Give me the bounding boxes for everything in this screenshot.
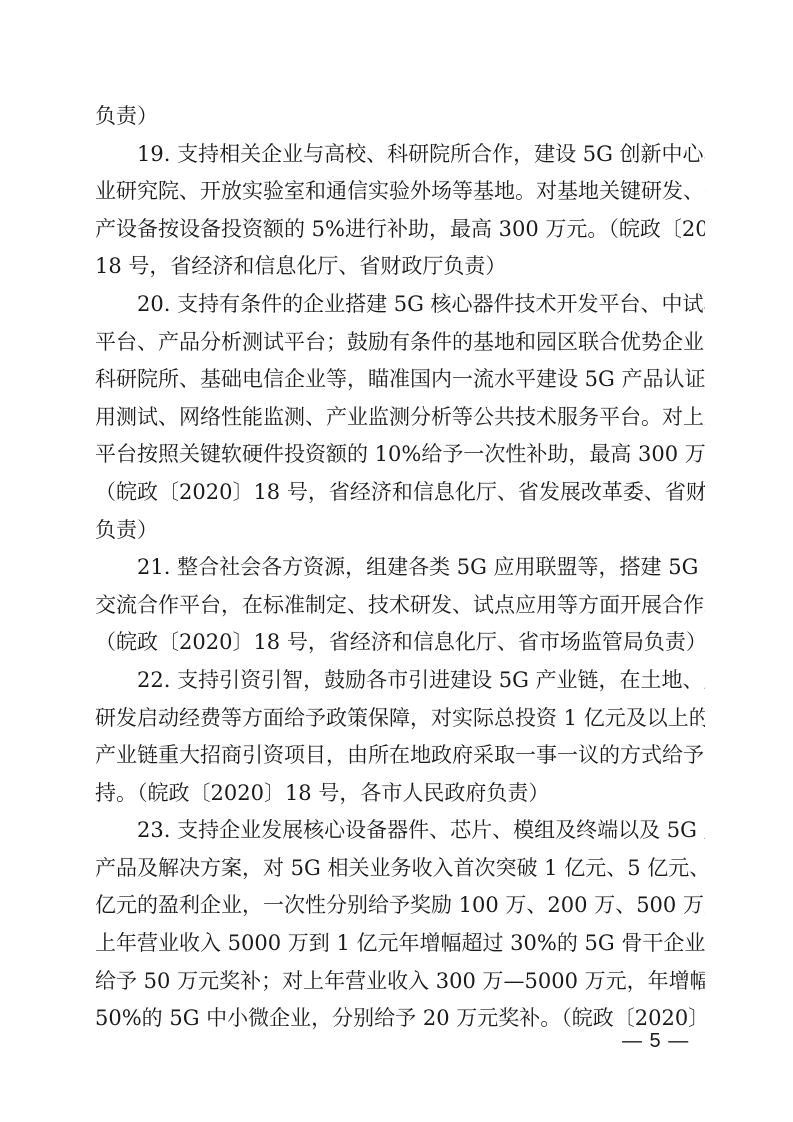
item-23-line: 23. 支持企业发展核心设备器件、芯片、模组及终端以及 5G 应用 [95,812,705,850]
item-22-line: 22. 支持引资引智，鼓励各市引进建设 5G 产业链，在土地、用房、 [95,662,705,700]
item-20-line: 20. 支持有条件的企业搭建 5G 核心器件技术开发平台、中试验证 [95,286,705,324]
text-line: 给予 50 万元奖补；对上年营业收入 300 万—5000 万元，年增幅超过 [95,963,705,1001]
text-line: 持。（皖政〔2020〕18 号，各市人民政府负责） [95,775,705,813]
text-line: （皖政〔2020〕18 号，省经济和信息化厅、省发展改革委、省财政厅 [95,474,705,512]
text-line: 负责） [95,512,705,550]
text-line: 亿元的盈利企业，一次性分别给予奖励 100 万、200 万、500 万元；对 [95,887,705,925]
text-line: 产品及解决方案，对 5G 相关业务收入首次突破 1 亿元、5 亿元、10 [95,850,705,888]
item-19-line: 19. 支持相关企业与高校、科研院所合作，建设 5G 创新中心、产 [95,136,705,174]
text-line: 产业链重大招商引资项目，由所在地政府采取一事一议的方式给予支 [95,737,705,775]
text-line: 业研究院、开放实验室和通信实验外场等基地。对基地关键研发、生 [95,173,705,211]
text-line: 平台、产品分析测试平台；鼓励有条件的基地和园区联合优势企业、 [95,324,705,362]
text-line: （皖政〔2020〕18 号，省经济和信息化厅、省市场监管局负责） [95,624,705,662]
text-line: 上年营业收入 5000 万到 1 亿元年增幅超过 30%的 5G 骨干企业，分别 [95,925,705,963]
document-body: 负责） 19. 支持相关企业与高校、科研院所合作，建设 5G 创新中心、产 业研… [95,98,705,1038]
text-line: 平台按照关键软硬件投资额的 10%给予一次性补助，最高 300 万元。 [95,436,705,474]
text-line: 交流合作平台，在标准制定、技术研发、试点应用等方面开展合作。 [95,587,705,625]
page-number: — 5 — [622,1030,689,1053]
text-line: 产设备按设备投资额的 5%进行补助，最高 300 万元。（皖政〔2020〕 [95,211,705,249]
text-line: 18 号，省经济和信息化厅、省财政厅负责） [95,248,705,286]
text-line: 研发启动经费等方面给予政策保障，对实际总投资 1 亿元及以上的 5G [95,700,705,738]
text-line: 负责） [95,98,705,136]
item-21-line: 21. 整合社会各方资源，组建各类 5G 应用联盟等，搭建 5G 产业 [95,549,705,587]
text-line: 用测试、网络性能监测、产业监测分析等公共技术服务平台。对上述 [95,399,705,437]
text-line: 50%的 5G 中小微企业，分别给予 20 万元奖补。（皖政〔2020〕18 号… [95,1000,705,1038]
text-line: 科研院所、基础电信企业等，瞄准国内一流水平建设 5G 产品认证、应 [95,361,705,399]
